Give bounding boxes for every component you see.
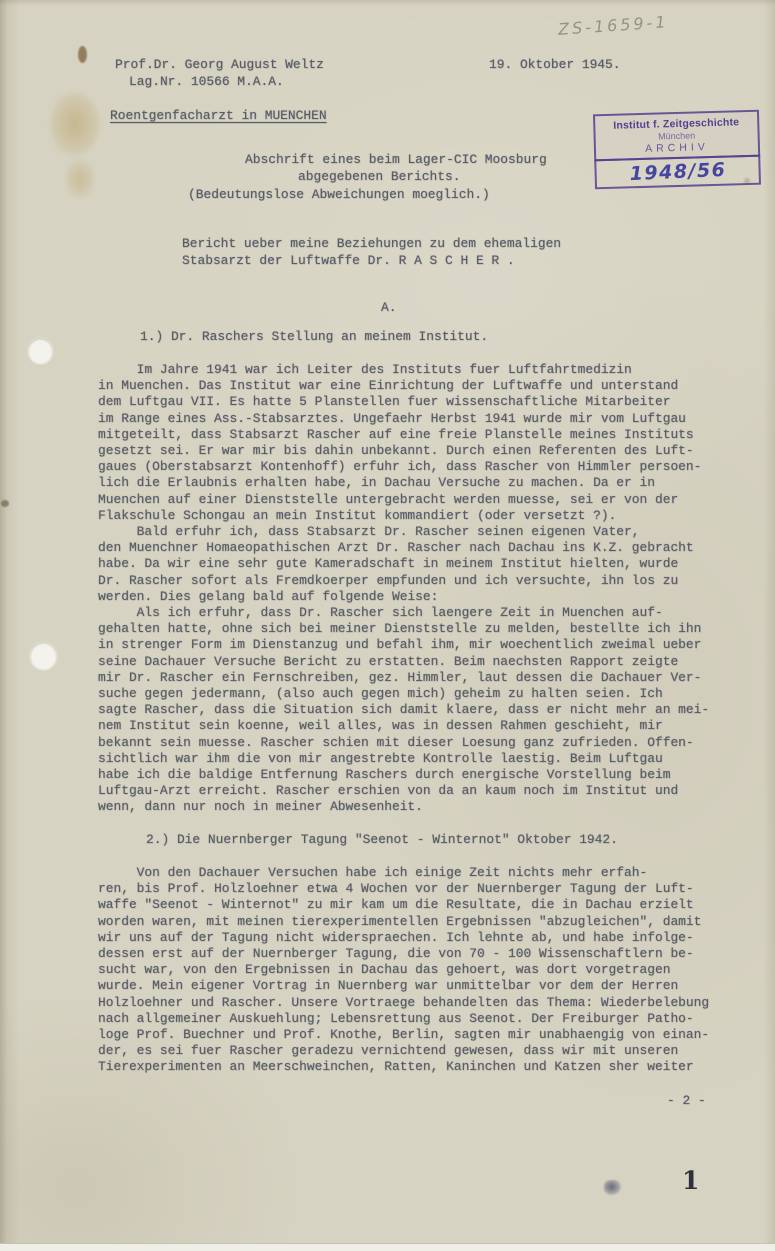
report-title-line1: Bericht ueber meine Beziehungen zu dem e… [182,236,561,252]
stamp-number-box: 1948/56 [594,155,761,190]
page-number: 1 [682,1166,699,1195]
profession-line: Roentgenfacharzt in MUENCHEN [110,108,327,124]
camp-number: Lag.Nr. 10566 M.A.A. [129,74,284,90]
subtitle-line1: Abschrift eines beim Lager-CIC Moosburg [245,152,547,168]
archive-stamp-box: Institut f. Zeitgeschichte München ARCHI… [593,110,760,162]
punch-hole [28,338,53,364]
archive-stamp: Institut f. Zeitgeschichte München ARCHI… [593,110,761,190]
scan-edge [0,1243,775,1251]
paper-speck [78,46,87,63]
punch-hole [30,642,57,670]
section-a-label: A. [381,300,396,316]
subtitle-line3: (Bedeutungslose Abweichungen moeglich.) [188,187,490,203]
ink-smudge [604,1180,621,1195]
report-title-line2: Stabsarzt der Luftwaffe Dr. R A S C H E … [182,253,515,269]
document-date: 19. Oktober 1945. [489,57,621,73]
section2-body: Von den Dachauer Versuchen habe ich eini… [98,865,718,1076]
paper-stain [66,160,94,198]
paper-stain [50,92,100,156]
paper-speck [1,500,9,507]
catchword-next-page: - 2 - [667,1093,706,1109]
author-name: Prof.Dr. Georg August Weltz [115,57,324,73]
archival-number-handwriting: ZS-1659-1 [557,12,669,39]
document-page: ZS-1659-1 Prof.Dr. Georg August Weltz La… [0,0,775,1251]
section1-heading: 1.) Dr. Raschers Stellung an meinem Inst… [140,329,488,345]
section2-heading: 2.) Die Nuernberger Tagung "Seenot - Win… [146,832,618,848]
subtitle-line2: abgegebenen Berichts. [298,169,460,185]
section1-body: Im Jahre 1941 war ich Leiter des Institu… [98,362,718,816]
stamp-accession-number: 1948/56 [629,159,727,185]
